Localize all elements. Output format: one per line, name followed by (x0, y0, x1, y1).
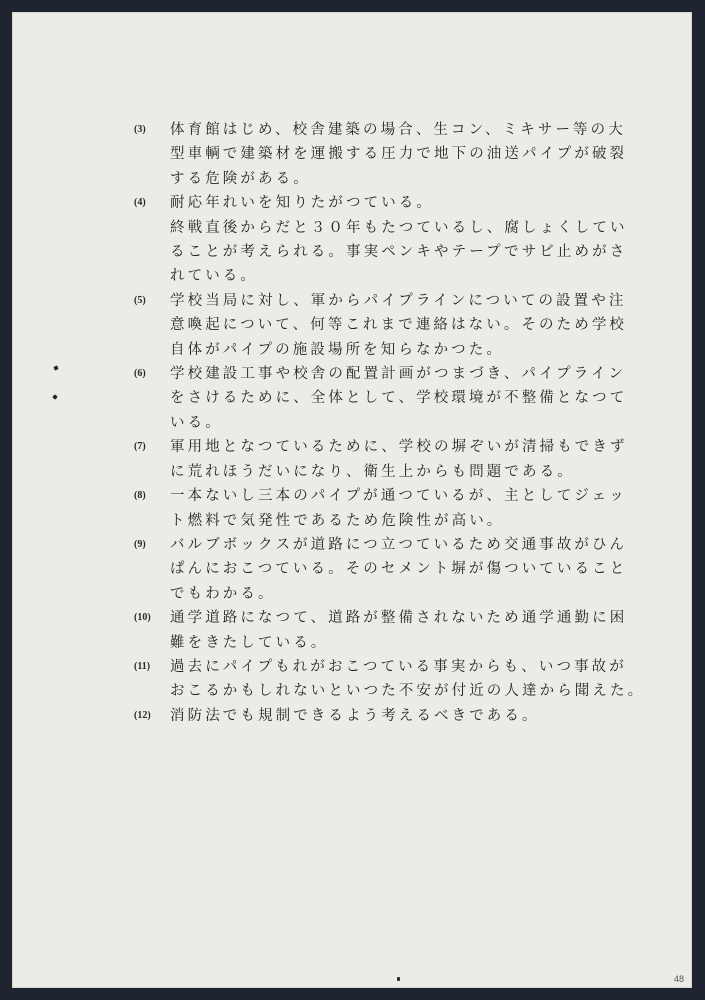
item-text-line: をさけるために、全体として、学校環境が不整備となつて (170, 386, 692, 410)
list-item: (6)学校建設工事や校舎の配置計画がつまづき、パイプラインをさけるために、全体と… (12, 362, 692, 435)
item-number: (3) (134, 118, 146, 142)
item-text-line: おこるかもしれないといつた不安が付近の人達から聞えた。 (170, 679, 692, 703)
item-number: (9) (134, 533, 146, 557)
list-item: (5)学校当局に対し、軍からパイプラインについての設置や注意喚起について、何等こ… (12, 289, 692, 362)
list-item: (4)耐応年れいを知りたがつている。終戦直後からだと３０年もたつているし、腐しょ… (12, 191, 692, 289)
item-text-line: 自体がパイプの施設場所を知らなかつた。 (170, 338, 692, 362)
page-number: 48 (674, 974, 684, 984)
numbered-list: (3)体育館はじめ、校舎建築の場合、生コン、ミキサー等の大型車輌で建築材を運搬す… (12, 118, 692, 728)
list-item: (3)体育館はじめ、校舎建築の場合、生コン、ミキサー等の大型車輌で建築材を運搬す… (12, 118, 692, 191)
item-number: (10) (134, 606, 151, 630)
item-text-line: バルブボックスが道路につ立つているため交通事故がひん (170, 533, 692, 557)
item-text-line: 学校建設工事や校舎の配置計画がつまづき、パイプライン (170, 362, 692, 386)
item-number: (12) (134, 704, 151, 728)
item-text-line: 耐応年れいを知りたがつている。 (170, 191, 692, 215)
item-text-line: 過去にパイプもれがおこつている事実からも、いつ事故が (170, 655, 692, 679)
list-item: (9)バルブボックスが道路につ立つているため交通事故がひんぱんにおこつている。そ… (12, 533, 692, 606)
item-number: (11) (134, 655, 150, 679)
item-text-line: 難をきたしている。 (170, 631, 692, 655)
list-item: (7)軍用地となつているために、学校の塀ぞいが清掃もできずに荒れほうだいになり、… (12, 435, 692, 484)
item-text-line: ト燃料で気発性であるため危険性が高い。 (170, 509, 692, 533)
list-item: (8)一本ないし三本のパイプが通つているが、主としてジェット燃料で気発性であるた… (12, 484, 692, 533)
item-text-line: 型車輌で建築材を運搬する圧力で地下の油送パイプが破裂 (170, 142, 692, 166)
item-text-line: に荒れほうだいになり、衛生上からも問題である。 (170, 460, 692, 484)
document-page: (3)体育館はじめ、校舎建築の場合、生コン、ミキサー等の大型車輌で建築材を運搬す… (12, 12, 692, 988)
item-text-line: いる。 (170, 411, 692, 435)
item-text-line: 通学道路になつて、道路が整備されないため通学通勤に困 (170, 606, 692, 630)
item-number: (7) (134, 435, 146, 459)
item-text-line: する危険がある。 (170, 167, 692, 191)
center-mark (397, 977, 400, 981)
item-text-line: 体育館はじめ、校舎建築の場合、生コン、ミキサー等の大 (170, 118, 692, 142)
list-item: (11)過去にパイプもれがおこつている事実からも、いつ事故がおこるかもしれないと… (12, 655, 692, 704)
item-text-line: 一本ないし三本のパイプが通つているが、主としてジェッ (170, 484, 692, 508)
item-number: (6) (134, 362, 146, 386)
item-text-line: 意喚起について、何等これまで連絡はない。そのため学校 (170, 313, 692, 337)
item-text-line: ぱんにおこつている。そのセメント塀が傷ついていること (170, 557, 692, 581)
list-item: (10)通学道路になつて、道路が整備されないため通学通勤に困難をきたしている。 (12, 606, 692, 655)
item-number: (5) (134, 289, 146, 313)
item-text-line: 軍用地となつているために、学校の塀ぞいが清掃もできず (170, 435, 692, 459)
list-item: (12)消防法でも規制できるよう考えるべきである。 (12, 704, 692, 728)
item-text-line: でもわかる。 (170, 582, 692, 606)
item-text-line: 消防法でも規制できるよう考えるべきである。 (170, 704, 692, 728)
item-text-line: 終戦直後からだと３０年もたつているし、腐しょくしてい (170, 216, 692, 240)
item-number: (4) (134, 191, 146, 215)
item-text-line: れている。 (170, 264, 692, 288)
item-number: (8) (134, 484, 146, 508)
item-text-line: ることが考えられる。事実ペンキやテープでサビ止めがさ (170, 240, 692, 264)
item-text-line: 学校当局に対し、軍からパイプラインについての設置や注 (170, 289, 692, 313)
